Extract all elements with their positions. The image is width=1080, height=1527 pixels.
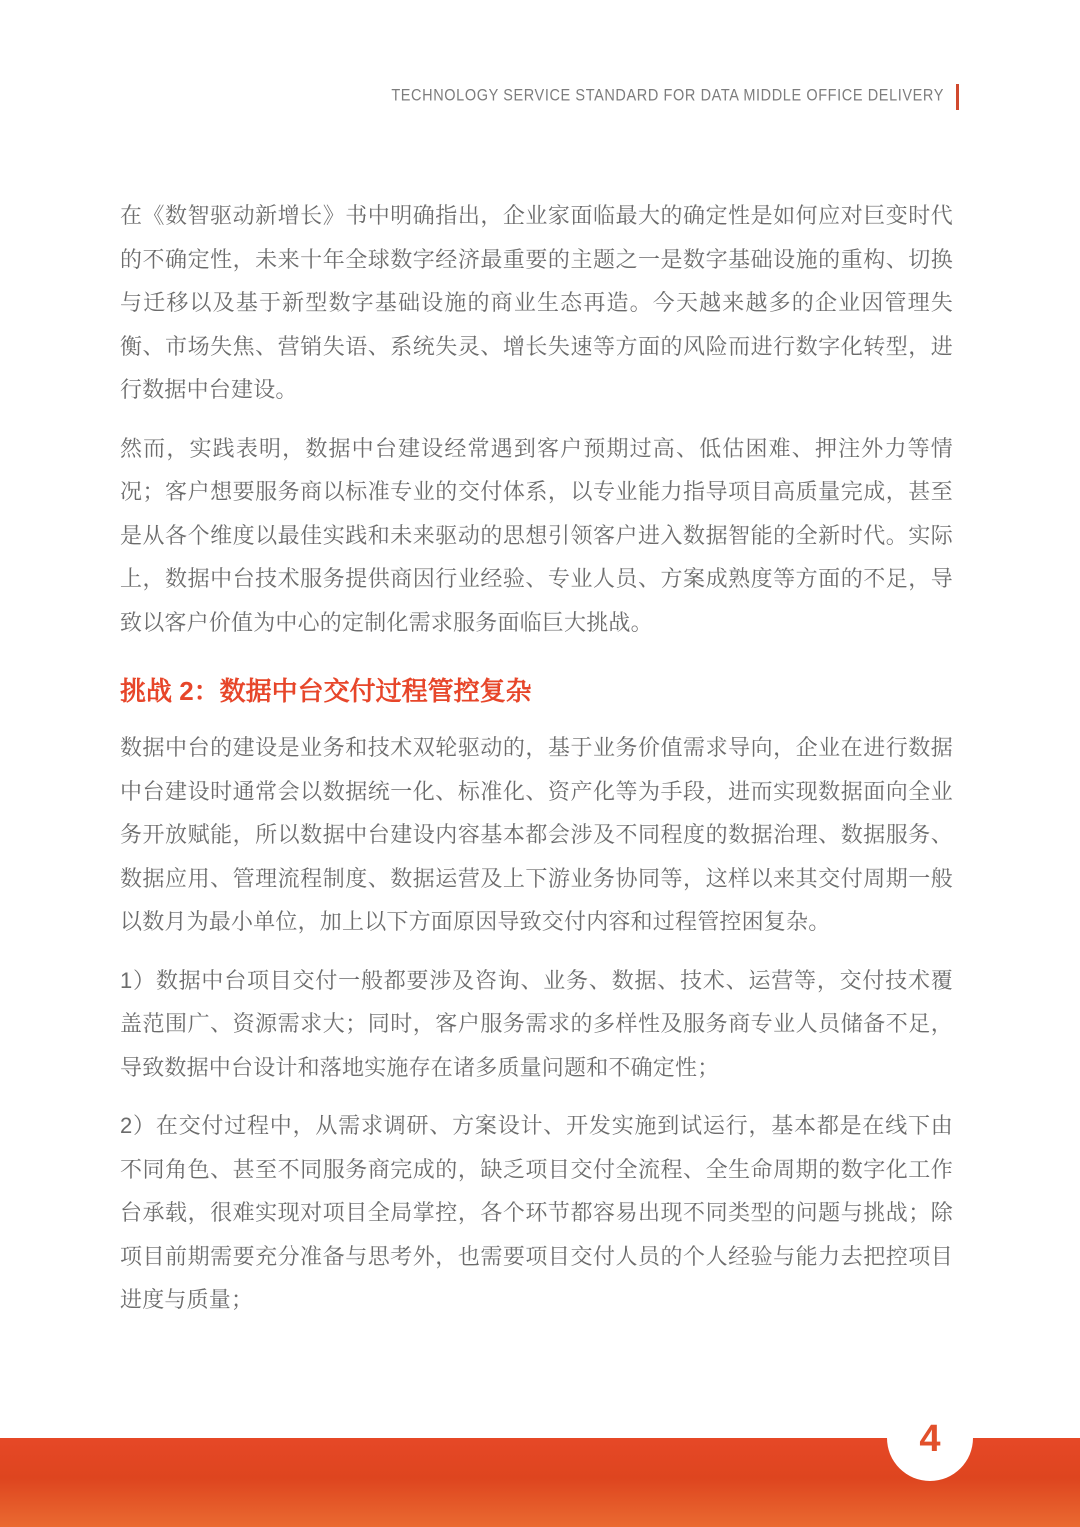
header-title: TECHNOLOGY SERVICE STANDARD FOR DATA MID… (391, 87, 944, 105)
page-content: 在《数智驱动新增长》书中明确指出，企业家面临最大的确定性是如何应对巨变时代的不确… (120, 194, 953, 1337)
page-number: 4 (919, 1416, 940, 1461)
paragraph-point-2: 2）在交付过程中，从需求调研、方案设计、开发实施到试运行，基本都是在线下由不同角… (120, 1104, 953, 1322)
paragraph-point-1: 1）数据中台项目交付一般都要涉及咨询、业务、数据、技术、运营等，交付技术覆盖范围… (120, 959, 953, 1090)
header-accent-bar (956, 84, 959, 110)
paragraph-intro: 在《数智驱动新增长》书中明确指出，企业家面临最大的确定性是如何应对巨变时代的不确… (120, 194, 953, 412)
document-page: TECHNOLOGY SERVICE STANDARD FOR DATA MID… (0, 0, 1080, 1527)
section-heading-challenge-2: 挑战 2：数据中台交付过程管控复杂 (120, 672, 953, 710)
page-number-circle: 4 (887, 1395, 973, 1481)
paragraph-challenge-overview: 数据中台的建设是业务和技术双轮驱动的，基于业务价值需求导向，企业在进行数据中台建… (120, 726, 953, 944)
paragraph-practice: 然而，实践表明，数据中台建设经常遇到客户预期过高、低估困难、押注外力等情况；客户… (120, 427, 953, 645)
